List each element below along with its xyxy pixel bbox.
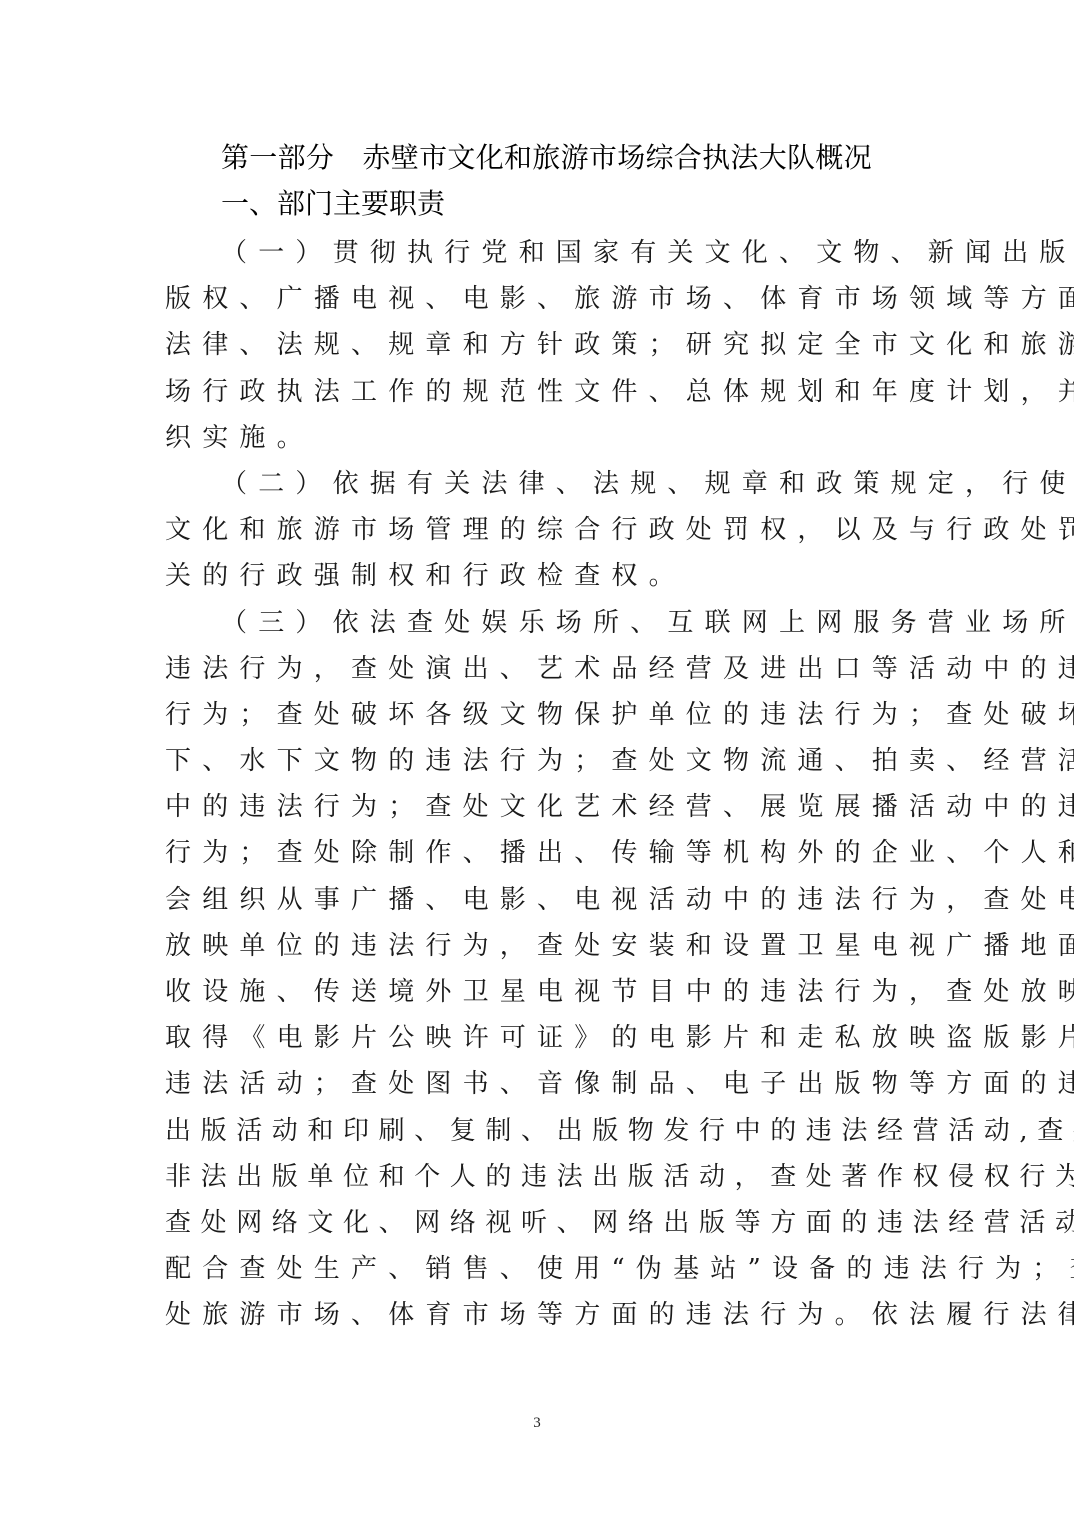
paragraph-line: 违法行为，查处演出、艺术品经营及进出口等活动中的违法 [165, 646, 915, 692]
paragraph-line: 场行政执法工作的规范性文件、总体规划和年度计划，并组 [165, 369, 915, 415]
paragraph-1: （一）贯彻执行党和国家有关文化、文物、新闻出版、 版权、广播电视、电影、旅游市场… [165, 230, 915, 461]
section-heading: 一、部门主要职责 [221, 184, 445, 224]
paragraph-line: 收设施、传送境外卫星电视节目中的违法行为，查处放映未 [165, 969, 915, 1015]
paragraph-line: （三）依法查处娱乐场所、互联网上网服务营业场所的 [165, 600, 915, 646]
paragraph-line: （一）贯彻执行党和国家有关文化、文物、新闻出版、 [165, 230, 915, 276]
page-number: 3 [0, 1415, 1074, 1432]
paragraph-line: 处旅游市场、体育市场等方面的违法行为。依法履行法律法 [165, 1292, 915, 1338]
paragraph-3: （三）依法查处娱乐场所、互联网上网服务营业场所的 违法行为，查处演出、艺术品经营… [165, 600, 915, 1339]
paragraph-line: 非法出版单位和个人的违法出版活动，查处著作权侵权行为； [165, 1154, 915, 1200]
paragraph-line: 织实施。 [165, 415, 915, 461]
paragraph-2: （二）依据有关法律、法规、规章和政策规定，行使对 文化和旅游市场管理的综合行政处… [165, 461, 915, 600]
paragraph-line: 中的违法行为；查处文化艺术经营、展览展播活动中的违法 [165, 784, 915, 830]
paragraph-line: 行为；查处除制作、播出、传输等机构外的企业、个人和社 [165, 830, 915, 876]
paragraph-line: 行为；查处破坏各级文物保护单位的违法行为；查处破坏地 [165, 692, 915, 738]
paragraph-line: 下、水下文物的违法行为；查处文物流通、拍卖、经营活动 [165, 738, 915, 784]
paragraph-line: 违法活动；查处图书、音像制品、电子出版物等方面的违法 [165, 1061, 915, 1107]
paragraph-line: 版权、广播电视、电影、旅游市场、体育市场领域等方面的 [165, 276, 915, 322]
paragraph-line: 法律、法规、规章和方针政策；研究拟定全市文化和旅游市 [165, 322, 915, 368]
paragraph-line: 出版活动和印刷、复制、出版物发行中的违法经营活动,查处 [165, 1108, 915, 1154]
document-page: 第一部分 赤壁市文化和旅游市场综合执法大队概况 一、部门主要职责 （一）贯彻执行… [0, 0, 1074, 1520]
document-body: （一）贯彻执行党和国家有关文化、文物、新闻出版、 版权、广播电视、电影、旅游市场… [165, 230, 915, 1339]
paragraph-line: （二）依据有关法律、法规、规章和政策规定，行使对 [165, 461, 915, 507]
part-title: 第一部分 赤壁市文化和旅游市场综合执法大队概况 [221, 138, 872, 178]
paragraph-line: 放映单位的违法行为，查处安装和设置卫星电视广播地面接 [165, 923, 915, 969]
paragraph-line: 关的行政强制权和行政检查权。 [165, 553, 915, 599]
paragraph-line: 配合查处生产、销售、使用“伪基站”设备的违法行为；查 [165, 1246, 915, 1292]
paragraph-line: 取得《电影片公映许可证》的电影片和走私放映盗版影片等 [165, 1015, 915, 1061]
paragraph-line: 查处网络文化、网络视听、网络出版等方面的违法经营活动； [165, 1200, 915, 1246]
paragraph-line: 会组织从事广播、电影、电视活动中的违法行为，查处电影 [165, 877, 915, 923]
paragraph-line: 文化和旅游市场管理的综合行政处罚权，以及与行政处罚相 [165, 507, 915, 553]
